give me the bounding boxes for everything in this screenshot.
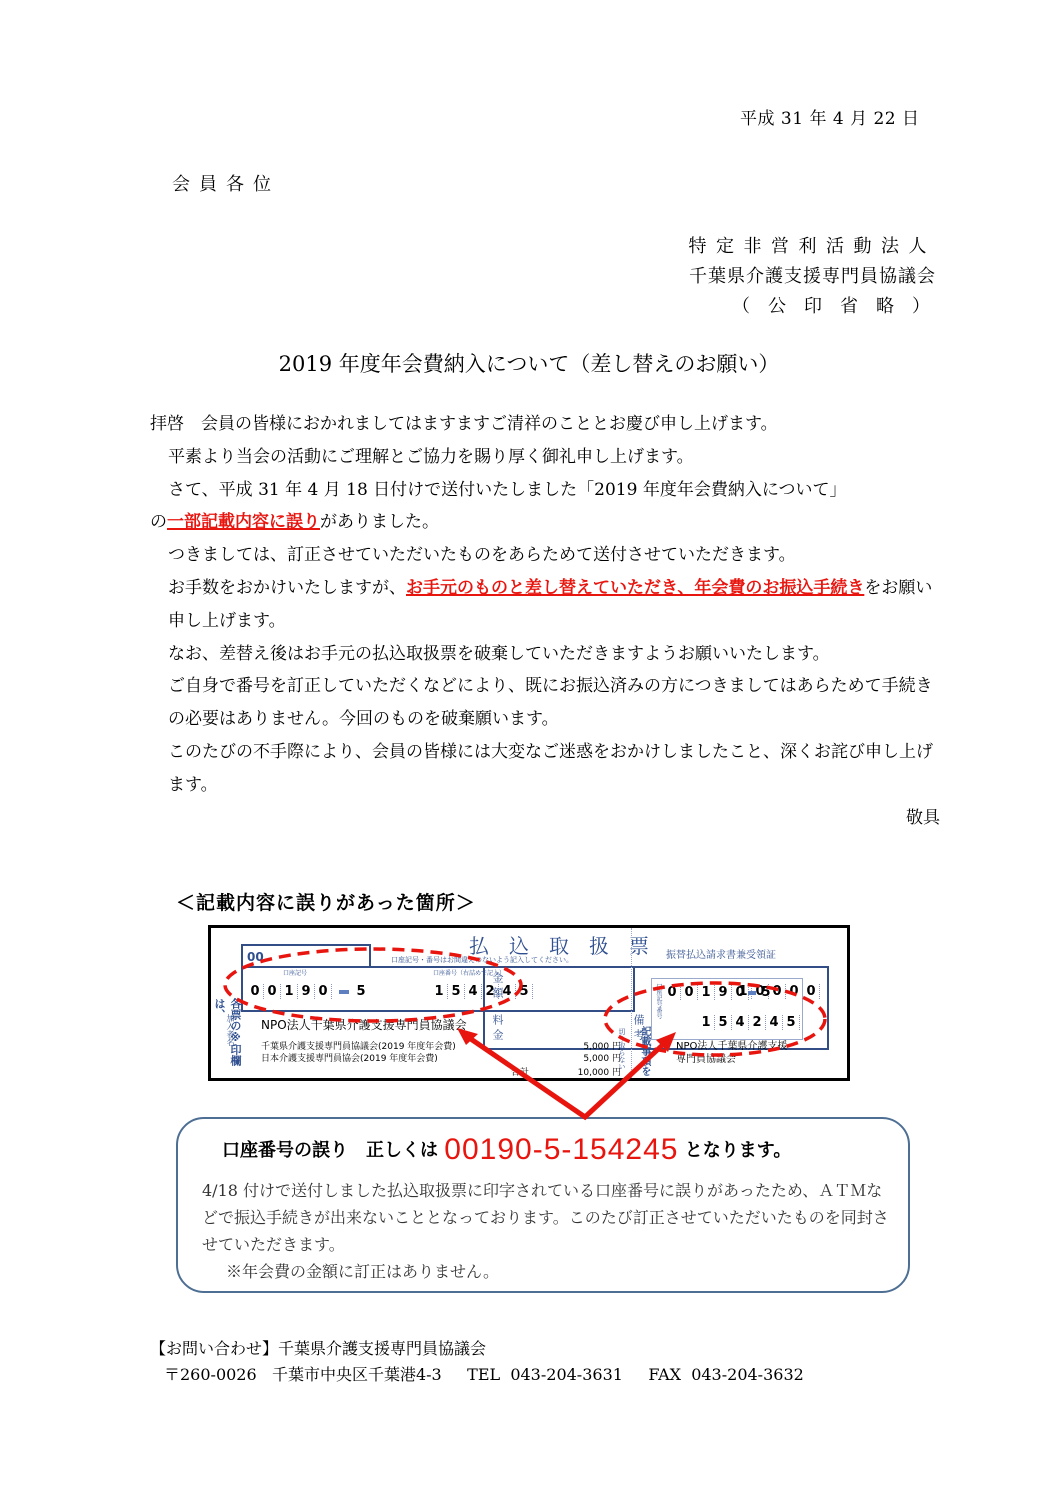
- account-check-digit: 5: [353, 984, 369, 999]
- digit-cell: 0: [247, 984, 264, 999]
- account-symbol-digits: 00190: [247, 984, 332, 999]
- digit-cell: 4: [465, 984, 482, 999]
- sender-line-1: 特定非営利活動法人: [689, 232, 937, 258]
- receipt-subscriber-line: 専門員協議会: [676, 1053, 787, 1066]
- tear-label: 切り取らない: [617, 1028, 627, 1070]
- body-paragraph: このたびの不手際により、会員の皆様には大変なご迷惑をおかけしましたこと、深くお詫…: [150, 736, 940, 802]
- perforation-line: [631, 928, 632, 1078]
- digit-cell: 9: [298, 984, 315, 999]
- receipt-title: 振替払込請求書兼受領証: [666, 946, 776, 961]
- slip-item-amounts: 5,000 円5,000 円: [541, 1041, 621, 1065]
- digit-cell: 0: [664, 985, 681, 1000]
- callout-body: 4/18 付けで送付しました払込取扱票に印字されている口座番号に誤りがあったため…: [202, 1177, 892, 1285]
- contact-details: 〒260-0026 千葉市中央区千葉港4-3 TEL 043-204-3631 …: [164, 1362, 804, 1385]
- body-paragraph: 平素より当会の活動にご理解とご協力を賜り厚く御礼申し上げます。: [150, 441, 940, 474]
- receipt-account-symbol: 00190: [664, 985, 749, 1000]
- body-paragraph: さて、平成 31 年 4 月 18 日付けで送付いたしました「2019 年度年会…: [150, 474, 940, 507]
- body-paragraph: ご自身で番号を訂正していただくなどにより、既にお振込済みの方につきましてはあらた…: [150, 670, 940, 736]
- slip-code-box: 00: [241, 944, 371, 968]
- digit-cell: 0: [803, 984, 820, 999]
- slip-code: 00: [243, 950, 264, 964]
- receipt-account-box: 口座記号番号 00190 5 154245: [651, 978, 803, 1040]
- sender-seal-note: （公印省略）: [732, 292, 948, 318]
- postal-code: 〒260-0026: [164, 1365, 257, 1384]
- highlighted-error-text: 一部記載内容に誤り: [167, 512, 320, 532]
- slip-side-note: 各票の※印欄は、: [211, 998, 243, 1078]
- receipt-side-note: 記載事項を: [637, 1026, 652, 1076]
- total-amount: 10,000 円: [571, 1065, 621, 1078]
- tel-number: 043-204-3631: [510, 1365, 623, 1384]
- text-span: の: [150, 512, 167, 532]
- address: 千葉市中央区千葉港4-3: [272, 1365, 442, 1384]
- payment-slip-image: 00 払込取扱票 口座記号・番号はお間違えのないよう記入してください。 口座記号…: [208, 925, 850, 1081]
- subscriber-name: NPO法人千葉県介護支援専門員協議会: [261, 1016, 467, 1033]
- body-paragraph: の一部記載内容に誤りがありました。: [150, 506, 940, 539]
- total-label: 合計: [511, 1065, 529, 1078]
- fax-label: FAX: [648, 1365, 681, 1384]
- document-title: 2019 年度年会費納入について（差し替えのお願い）: [0, 348, 1058, 378]
- error-section-heading: ＜記載内容に誤りがあった箇所＞: [176, 888, 476, 915]
- letter-body: 拝啓 会員の皆様におかれましてはますますご清祥のこととお慶び申し上げます。 平素…: [150, 408, 940, 834]
- digit-cell: 5: [448, 984, 465, 999]
- receipt-subscriber-line: NPO法人千葉県介護支援: [676, 1040, 787, 1053]
- callout-prefix: 口座番号の誤り 正しくは: [222, 1140, 438, 1161]
- correction-callout: 口座番号の誤り 正しくは 00190-5-154245 となります。 4/18 …: [176, 1117, 910, 1293]
- contact-label: 【お問い合わせ】千葉県介護支援専門員協議会: [150, 1336, 486, 1359]
- digit-cell: 0: [315, 984, 332, 999]
- body-paragraph: なお、差替え後はお手元の払込取扱票を破棄していただきますようお願いいたします。: [150, 638, 940, 671]
- greeting-paragraph: 拝啓 会員の皆様におかれましてはますますご清祥のこととお慶び申し上げます。: [150, 408, 940, 441]
- hyphen-mark: [339, 990, 349, 994]
- addressee: 会員各位: [172, 170, 280, 196]
- digit-cell: 2: [749, 1015, 766, 1030]
- document-date: 平成 31 年 4 月 22 日: [740, 104, 920, 129]
- closing: 敬具: [150, 802, 940, 835]
- receipt-account-number: 154245: [698, 1015, 800, 1030]
- digit-cell: 9: [715, 985, 732, 1000]
- receipt-subscriber: NPO法人千葉県介護支援 専門員協議会: [676, 1040, 787, 1066]
- body-paragraph: つきましては、訂正させていただいたものをあらためて送付させていただきます。: [150, 539, 940, 572]
- digit-cell: 5: [783, 1015, 800, 1030]
- receipt-check-digit: 5: [758, 985, 774, 1000]
- digit-cell: 1: [431, 984, 448, 999]
- digit-cell: 1: [698, 985, 715, 1000]
- digit-cell: 0: [681, 985, 698, 1000]
- slip-note: 口座記号・番号はお間違えのないよう記入してください。: [391, 955, 573, 965]
- receipt-account-label: 口座記号番号: [654, 983, 663, 1019]
- digit-cell: 0: [264, 984, 281, 999]
- account-symbol-label: 口座記号: [283, 968, 307, 977]
- digit-cell: 4: [766, 1015, 783, 1030]
- hyphen-mark: [748, 991, 756, 995]
- fee-label: 料金: [489, 1014, 505, 1044]
- digit-cell: 5: [715, 1015, 732, 1030]
- tel-label: TEL: [467, 1365, 500, 1384]
- fax-number: 043-204-3632: [691, 1365, 804, 1384]
- correct-account-number: 00190-5-154245: [444, 1133, 678, 1166]
- digit-cell: 0: [732, 985, 749, 1000]
- body-paragraph: お手数をおかけいたしますが、お手元のものと差し替えていただき、年会費のお振込手続…: [150, 572, 940, 638]
- sender-line-2: 千葉県介護支援専門員協議会: [689, 262, 936, 288]
- callout-heading: 口座番号の誤り 正しくは 00190-5-154245 となります。: [222, 1133, 791, 1167]
- digit-cell: 4: [732, 1015, 749, 1030]
- highlighted-request-text: お手元のものと差し替えていただき、年会費のお振込手続き: [406, 578, 864, 598]
- slip-item-amount: 5,000 円: [541, 1041, 621, 1053]
- slip-item-amount: 5,000 円: [541, 1053, 621, 1065]
- text-span: お手数をおかけいたしますが、: [168, 578, 406, 598]
- callout-suffix: となります。: [685, 1140, 792, 1161]
- callout-note: ※年会費の金額に訂正はありません。: [202, 1258, 892, 1285]
- callout-explanation: 4/18 付けで送付しました払込取扱票に印字されている口座番号に誤りがあったため…: [202, 1177, 892, 1258]
- digit-cell: 1: [281, 984, 298, 999]
- text-span: がありました。: [320, 512, 439, 532]
- amount-label: 金額: [489, 972, 505, 1002]
- digit-cell: 1: [698, 1015, 715, 1030]
